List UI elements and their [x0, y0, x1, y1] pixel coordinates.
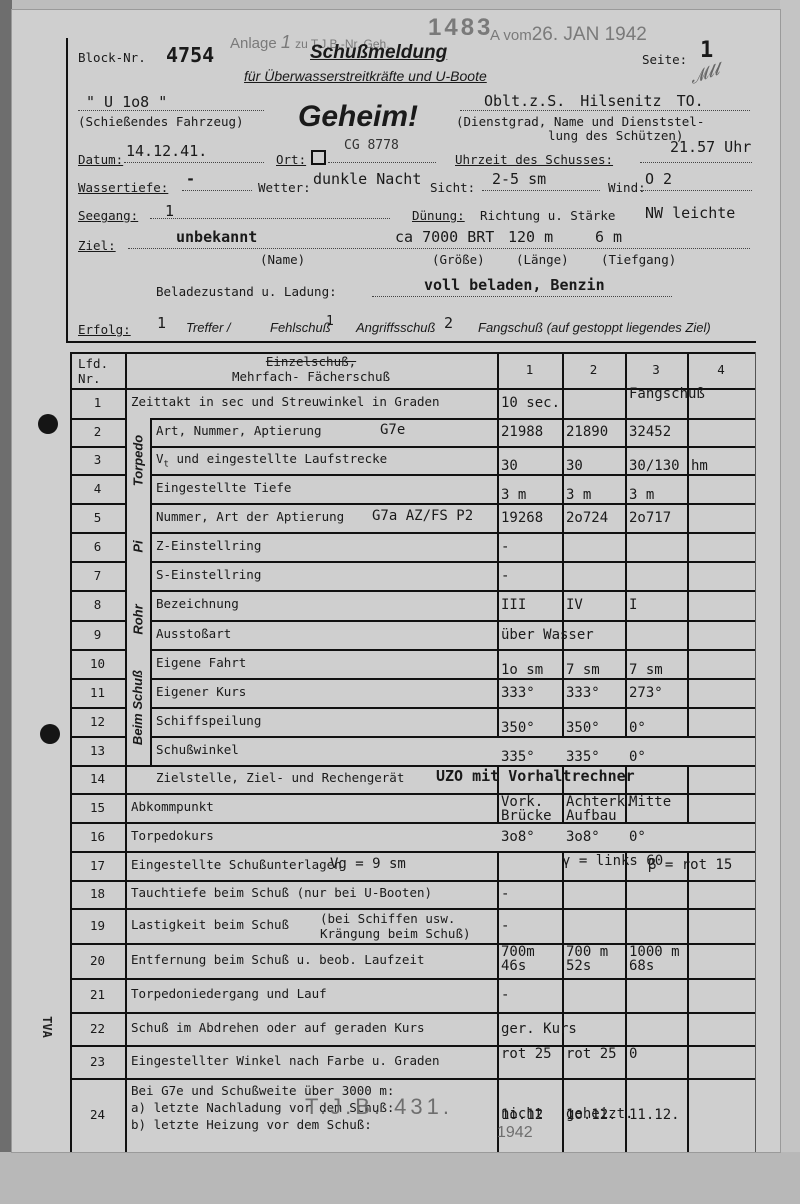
row-number: 22 [70, 1021, 125, 1036]
table-row-line [150, 503, 755, 505]
cell-col-3: Mitte [629, 795, 693, 809]
form-subtitle: für Überwasserstreitkräfte und U-Boote [244, 68, 487, 84]
table-col-line [625, 388, 627, 418]
group-line [150, 590, 152, 649]
table-col-line [497, 1045, 499, 1078]
row-number: 24 [70, 1107, 125, 1122]
table-row-line [150, 590, 755, 592]
table-col-line [687, 649, 689, 678]
table-row-line [70, 1078, 125, 1080]
table-row-line [150, 418, 755, 420]
group-line [150, 503, 152, 590]
row-label: Nummer, Art der Aptierung [156, 509, 344, 524]
table-border-right [755, 352, 756, 1152]
header-desc-line1: Einzelschuß, [125, 354, 497, 369]
table-col-line [687, 1012, 689, 1045]
table-col-line [497, 388, 499, 418]
cell-col-3: 3 m [629, 487, 654, 503]
table-col-line [562, 908, 564, 943]
table-row-line [70, 736, 125, 738]
row-number: 5 [70, 510, 125, 525]
form-title: Schußmeldung [310, 42, 447, 64]
row-number: 1 [70, 395, 125, 410]
group-label-beim-schuß: Beim Schuß [127, 649, 149, 765]
table-row-line [70, 446, 125, 448]
cell-col-3: 273° [629, 685, 663, 701]
table-col-line [497, 649, 499, 678]
table-col-line [625, 561, 627, 590]
grid-square-icon [311, 150, 326, 165]
cell-col-2: Achterk. Aufbau [566, 795, 630, 823]
binder-hole [40, 724, 60, 744]
table-col-line [562, 446, 564, 474]
classification-stamp: Geheim! [298, 100, 418, 134]
stamp-date-value: 26. JAN 1942 [532, 24, 647, 45]
table-row-line [150, 446, 755, 448]
treffer-label: Treffer / [186, 320, 231, 335]
table-row-line [70, 474, 125, 476]
row-number: 4 [70, 481, 125, 496]
table-col-line [497, 503, 499, 532]
table-row-line [70, 1045, 125, 1047]
table-col-line [497, 620, 499, 649]
row-label: Z-Einstellring [156, 538, 261, 553]
cell-col-1: - [501, 918, 509, 934]
table-row-line [70, 822, 125, 824]
stamp-number: 1483 [428, 14, 493, 42]
cell-col-3: I [629, 597, 637, 613]
vessel-dots [78, 108, 264, 111]
table-col-line [562, 707, 564, 736]
table-col-line [497, 1012, 499, 1045]
table-row-line [150, 620, 755, 622]
header-col-1: 1 [497, 362, 562, 377]
cell-col-2: IV [566, 597, 583, 613]
cell-col-1: 3o8° [501, 829, 535, 845]
cell-col-2: 2o724 [566, 510, 608, 526]
cell-col-2-b: geheizt. [566, 1106, 633, 1122]
table-row-line [125, 1012, 755, 1014]
row-number: 2 [70, 424, 125, 439]
group-label-text: Beim Schuß [131, 669, 146, 744]
background-bottom [0, 1152, 800, 1204]
seegang-dots [150, 216, 390, 219]
erfolg-label: Erfolg: [78, 322, 131, 337]
table-row-line [150, 532, 755, 534]
table-col-line [625, 1012, 627, 1045]
row-label: Ausstoßart [156, 626, 231, 641]
table-col-line [625, 649, 627, 678]
row-label: Bezeichnung [156, 596, 239, 611]
cell-col-1: 3 m [501, 487, 526, 503]
cell-col-3: 32452 [629, 424, 671, 440]
cell-col-1: 335° [501, 749, 535, 765]
row-label: Tauchtiefe beim Schuß (nur bei U-Booten) [131, 885, 432, 900]
treffer-count: 1 [157, 314, 166, 332]
fehlschuss-label: Fehlschuß [270, 320, 331, 335]
cell-col-1-b: nicht [501, 1106, 543, 1122]
table-col-line [625, 978, 627, 1012]
page-label: Seite: [642, 52, 687, 67]
row-label: Lastigkeit beim Schuß [131, 917, 289, 932]
ziel-groesse: ca 7000 BRT [395, 228, 494, 246]
datum-value: 14.12.41. [126, 142, 207, 160]
stamp-date: A vom26. JAN 1942 [490, 24, 647, 46]
table-col-line [562, 561, 564, 590]
ziel-laenge: 120 m [508, 228, 553, 246]
cell-col-3: 1000 m 68s [629, 945, 693, 973]
table-col-line [625, 446, 627, 474]
table-col-line [687, 1078, 689, 1152]
table-row-line [70, 765, 125, 767]
table-col-line [497, 943, 499, 978]
header-lfd-line1: Lfd. [78, 356, 123, 371]
cell-col-2: 3o8° [566, 829, 600, 845]
wetter-label: Wetter: [258, 180, 311, 195]
row-number: 18 [70, 886, 125, 901]
row-label: Zielstelle, Ziel- und Rechengerät [156, 770, 404, 785]
row-number: 21 [70, 987, 125, 1002]
row-label: Schuß im Abdrehen oder auf geraden Kurs [131, 1020, 425, 1035]
table-row-line [70, 707, 125, 709]
margin-line [66, 38, 68, 342]
cell-col-1: 30 [501, 458, 518, 474]
row-label: Torpedokurs [131, 828, 214, 843]
row-beta: β = rot 15 [648, 857, 732, 873]
table-row-line [125, 908, 755, 910]
group-label-text: Rohr [131, 604, 146, 634]
sicht-dots [482, 188, 600, 191]
table-row-line [70, 880, 125, 882]
ziel-name-label: (Name) [260, 252, 305, 267]
header-col-2: 2 [562, 362, 625, 377]
table-row-line [70, 388, 125, 390]
table-col-line [562, 418, 564, 446]
table-col-line [687, 678, 689, 707]
row-label: Abkommpunkt [131, 799, 214, 814]
fang-label: Fangschuß (auf gestoppt liegendes Ziel) [478, 320, 711, 335]
binder-hole [38, 414, 58, 434]
row-number: 23 [70, 1054, 125, 1069]
table-row-line [150, 707, 755, 709]
header-divider [66, 341, 756, 343]
table-row-line [150, 678, 755, 680]
table-row-line [70, 943, 125, 945]
table-col-line [562, 880, 564, 908]
table-row-line [70, 793, 125, 795]
table-col-line [497, 590, 499, 620]
cell-col-3: 0° [629, 749, 646, 765]
table-col-line [562, 678, 564, 707]
row-extra: UZO mit Vorhaltrechner [436, 767, 635, 785]
table-col-line [562, 503, 564, 532]
cell-col-2: 3 m [566, 487, 591, 503]
cell-col-3: 11.12. [629, 1107, 680, 1123]
row-label: Art, Nummer, Aptierung [156, 423, 322, 438]
table-col-line [562, 474, 564, 503]
sicht-label: Sicht: [430, 180, 475, 195]
table-col-line [625, 678, 627, 707]
row-number: 17 [70, 858, 125, 873]
table-col-line [562, 388, 564, 418]
table-col-line [562, 532, 564, 561]
stamp-anlage-label: Anlage [230, 35, 277, 52]
table-col-line [687, 474, 689, 503]
wassertiefe-value: - [186, 170, 195, 188]
cell-col-1: rot 25 [501, 1047, 565, 1061]
table-col-line [497, 851, 499, 880]
wassertiefe-dots [182, 188, 252, 191]
cell-col-2: 7 sm [566, 662, 600, 678]
cell-col-2: rot 25 [566, 1047, 630, 1061]
beladezustand-value: voll beladen, Benzin [424, 276, 605, 294]
table-col-line [687, 765, 689, 793]
seegang-label: Seegang: [78, 208, 138, 223]
row-label: Zeittakt in sec und Streuwinkel in Grade… [131, 394, 440, 409]
cell-col-1: Vork. Brücke [501, 795, 565, 823]
group-line [150, 418, 152, 503]
cell-col-1: 700m 46s [501, 945, 565, 973]
uhrzeit-label: Uhrzeit des Schusses: [455, 152, 613, 167]
table-row-line [125, 1078, 755, 1080]
table-row-line [70, 352, 125, 354]
table-col-line [497, 707, 499, 736]
table-row-line [150, 649, 755, 651]
bottom-stamp-year: 1942 [497, 1124, 533, 1142]
duenung-value: NW leichte [645, 204, 735, 222]
table-col-line [625, 474, 627, 503]
cell-col-1: 21988 [501, 424, 543, 440]
table-row-line [70, 620, 125, 622]
table-col-line [497, 793, 499, 822]
wetter-value: dunkle Nacht [313, 170, 421, 188]
table-col-line [687, 707, 689, 736]
cell-col-1: über Wasser [501, 627, 594, 643]
stamp-suffix: A [490, 27, 499, 44]
cell-col-2: 335° [566, 749, 600, 765]
cell-col-1: - [501, 987, 509, 1003]
table-col-line [497, 978, 499, 1012]
table-col-line [497, 908, 499, 943]
cell-col-2: 700 m 52s [566, 945, 630, 973]
table-col-line [687, 446, 689, 474]
cell-col-2: 30 [566, 458, 583, 474]
row-number: 15 [70, 800, 125, 815]
table-row-line [150, 736, 755, 738]
cell-col-2: 333° [566, 685, 600, 701]
block-label: Block-Nr. [78, 50, 146, 65]
row-number: 6 [70, 539, 125, 554]
table-row-line [70, 532, 125, 534]
table-col-line [497, 418, 499, 446]
row-extra: Vg = 9 sm [330, 856, 406, 872]
table-row-line [70, 561, 125, 563]
table-row-line [70, 503, 125, 505]
cell-col-3: 0° [629, 829, 646, 845]
table-row-line [125, 822, 755, 824]
table-col-line [562, 649, 564, 678]
table-col-line [687, 620, 689, 649]
uhrzeit-value: 21.57 Uhr [670, 138, 751, 156]
row-extra: G7a AZ/FS P2 [372, 508, 473, 524]
duenung-sub: Richtung u. Stärke [480, 208, 615, 223]
background-top [0, 0, 800, 10]
table-row-line [70, 851, 125, 853]
row-label: Vt und eingestellte Laufstrecke [156, 451, 387, 470]
background-left [0, 0, 12, 1204]
sicht-value: 2-5 sm [492, 170, 546, 188]
cell-col-3: Fangschuß [629, 386, 705, 402]
table-col-line [687, 978, 689, 1012]
stamp-date-label: vom [503, 27, 531, 44]
row-label: Eingestellter Winkel nach Farbe u. Grade… [131, 1053, 440, 1068]
header-col-4: 4 [687, 362, 755, 377]
cell-col-1: III [501, 597, 526, 613]
row-number: 7 [70, 568, 125, 583]
cell-col-1: 19268 [501, 510, 543, 526]
wassertiefe-label: Wassertiefe: [78, 180, 168, 195]
table-col-line [687, 418, 689, 446]
group-label-text: Pi [130, 540, 145, 552]
fehlschuss-count: 1 [326, 314, 334, 329]
margin-note: TVA [40, 1016, 54, 1038]
cell-col-2: 21890 [566, 424, 608, 440]
table-col-line [625, 880, 627, 908]
shooter-dots [460, 108, 750, 111]
datum-label: Datum: [78, 152, 123, 167]
cell-col-1: 333° [501, 685, 535, 701]
ziel-name: unbekannt [176, 228, 257, 246]
ziel-tiefgang: 6 m [595, 228, 622, 246]
table-row-line [70, 1012, 125, 1014]
table-col-line [687, 503, 689, 532]
stamp-anlage-number: 1 [281, 32, 291, 52]
cell-col-1: - [501, 886, 509, 902]
fang-count: 2 [444, 314, 453, 332]
bottom-stamp: T.J.B. 431. [305, 1094, 453, 1120]
table-col-line [562, 1078, 564, 1152]
table-row-line [125, 978, 755, 980]
ziel-groesse-label: (Größe) [432, 252, 485, 267]
cell-col-2: 350° [566, 720, 600, 736]
ziel-dots [128, 246, 750, 249]
group-line [150, 649, 152, 765]
cell-col-1: 350° [501, 720, 535, 736]
ort-value: CG 8778 [344, 138, 399, 153]
row-label: Entfernung beim Schuß u. beob. Laufzeit [131, 952, 425, 967]
table-row-line [125, 880, 755, 882]
ziel-label: Ziel: [78, 238, 116, 253]
background-right [780, 0, 800, 1204]
table-col-line [625, 707, 627, 736]
row-label: Eingestellte Tiefe [156, 480, 291, 495]
ort-dots [328, 160, 436, 163]
row-label: Torpedoniedergang und Lauf [131, 986, 327, 1001]
cell-col-3: 0 [629, 1047, 693, 1061]
table-col-line [687, 880, 689, 908]
row-label: Schußwinkel [156, 742, 239, 757]
header-description: Einzelschuß,Mehrfach- Fächerschuß [125, 354, 497, 384]
beladezustand-dots [372, 294, 672, 297]
table-row-line [150, 474, 755, 476]
ziel-laenge-label: (Länge) [516, 252, 569, 267]
table-row-line [70, 590, 125, 592]
wind-dots [640, 188, 752, 191]
table-row-line [70, 678, 125, 680]
cell-col-1: - [501, 539, 509, 555]
cell-col-1: ger. Kurs [501, 1021, 577, 1037]
table-row-line [70, 908, 125, 910]
table-col-line [562, 978, 564, 1012]
header-col-3: 3 [625, 362, 687, 377]
row-number: 20 [70, 953, 125, 968]
row-number: 9 [70, 627, 125, 642]
group-label-rohr: Rohr [127, 590, 149, 649]
cell-col-3: 0° [629, 720, 646, 736]
table-col-line [625, 590, 627, 620]
ort-label: Ort: [276, 152, 306, 167]
table-col-line [625, 503, 627, 532]
row-label: Eigene Fahrt [156, 655, 246, 670]
angriff-label: Angriffsschuß [356, 320, 435, 335]
row-number: 14 [70, 771, 125, 786]
row-label: Schiffspeilung [156, 713, 261, 728]
table-col-line [562, 590, 564, 620]
cell-col-1: - [501, 568, 509, 584]
header-desc-line2: Mehrfach- Fächerschuß [125, 369, 497, 384]
cell-col-3: 7 sm [629, 662, 663, 678]
ziel-tiefgang-label: (Tiefgang) [601, 252, 676, 267]
table-col-line [687, 908, 689, 943]
table-col-line [687, 561, 689, 590]
row-number: 10 [70, 656, 125, 671]
page-number: 1 [700, 38, 713, 63]
table-col-line [625, 620, 627, 649]
group-label-torpedo: Torpedo [127, 418, 149, 503]
table-col-line [497, 880, 499, 908]
group-label-pi: Pi [127, 503, 149, 590]
row-number: 11 [70, 685, 125, 700]
uhrzeit-dots [640, 160, 752, 163]
group-label-text: Torpedo [131, 435, 146, 487]
datum-dots [124, 160, 264, 163]
table-col-line [625, 908, 627, 943]
table-row-line [70, 418, 125, 420]
table-col-line [497, 678, 499, 707]
wind-value: O 2 [645, 170, 672, 188]
table-col-line [687, 590, 689, 620]
cell-col-4: hm [691, 458, 708, 474]
header-lfd-line2: Nr. [78, 371, 123, 386]
row-extra: G7e [380, 422, 405, 438]
cell-col-3: 2o717 [629, 510, 671, 526]
table-col-line [497, 532, 499, 561]
cell-col-1: 1o sm [501, 662, 543, 678]
table-col-line [625, 418, 627, 446]
beladezustand-label: Beladezustand u. Ladung: [156, 284, 337, 299]
row-number: 8 [70, 597, 125, 612]
row-number: 3 [70, 452, 125, 467]
row-number: 13 [70, 743, 125, 758]
row-number: 16 [70, 829, 125, 844]
table-col-line [625, 532, 627, 561]
block-number: 4754 [166, 43, 214, 67]
table-row-line [70, 649, 125, 651]
row-number: 19 [70, 918, 125, 933]
header-lfd: Lfd.Nr. [70, 356, 123, 386]
table-row-line [70, 978, 125, 980]
table-row-line [150, 561, 755, 563]
